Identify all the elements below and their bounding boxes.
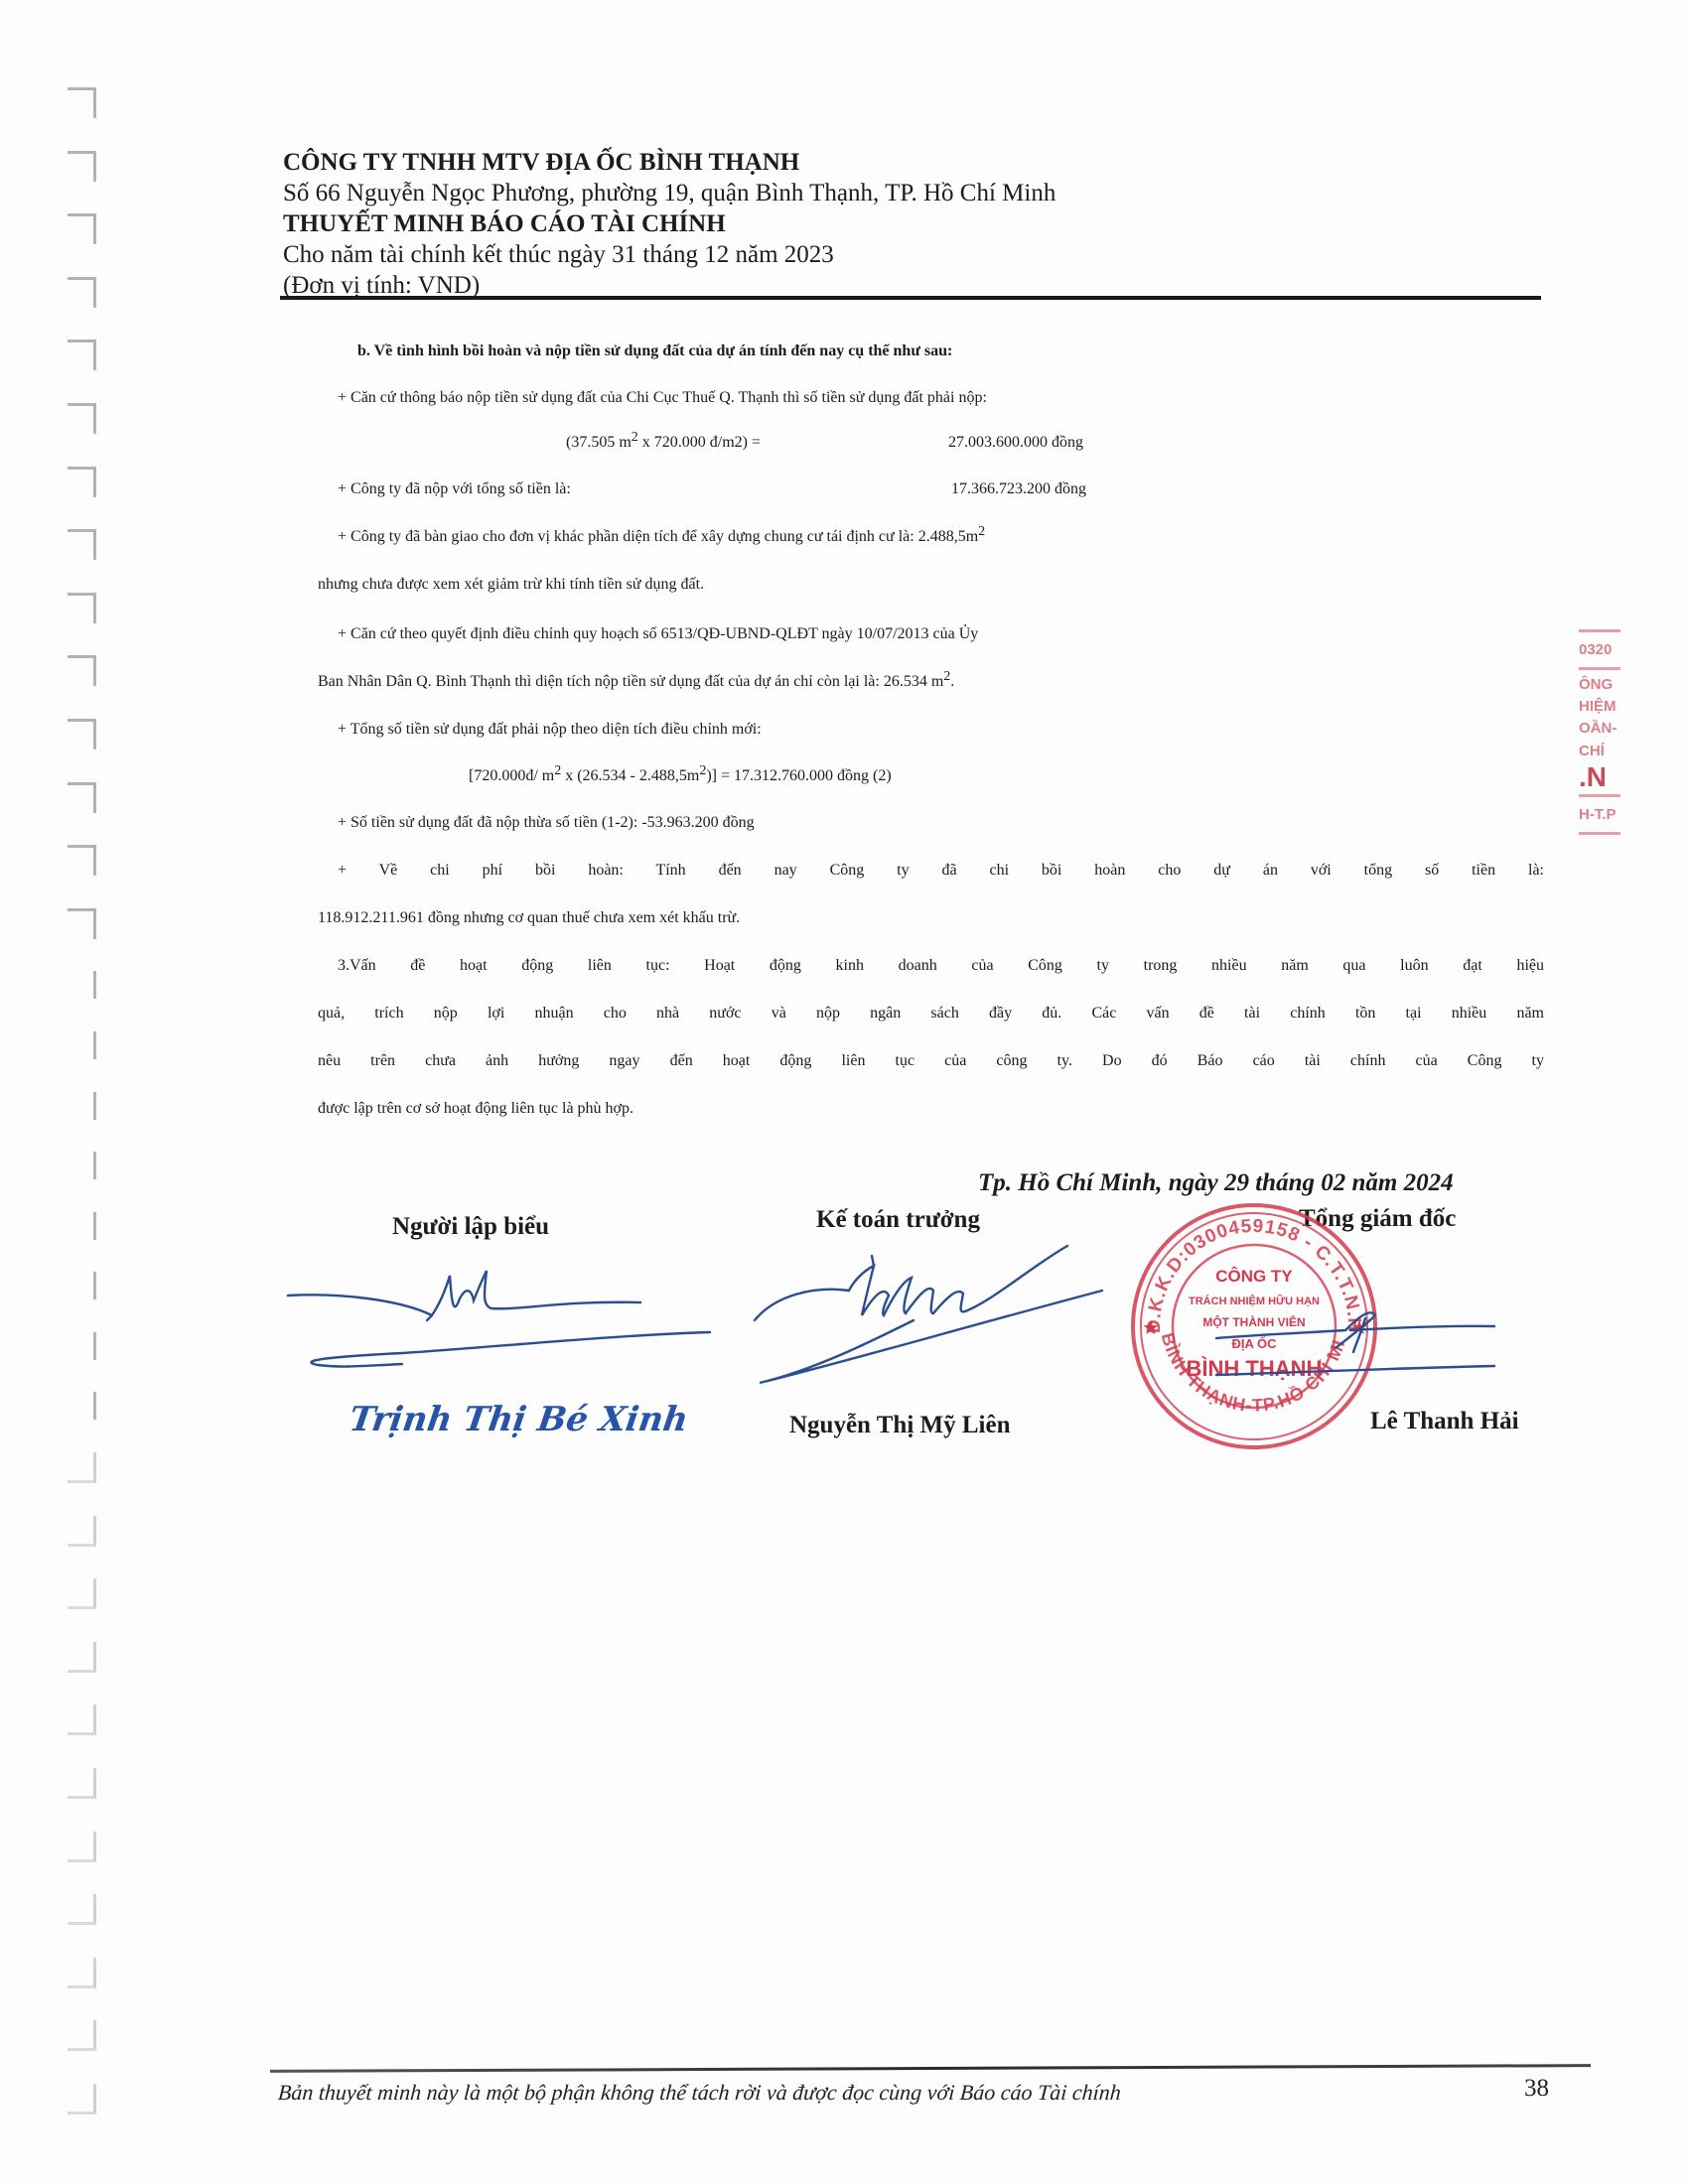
binder-hole-mark: [68, 845, 96, 876]
compensation-line-2: 118.912.211.961 đồng nhưng cơ quan thuế …: [318, 909, 740, 927]
director-name: Lê Thanh Hải: [1370, 1408, 1519, 1435]
overpaid-line: + Số tiền sử dụng đất đã nộp thừa số tiề…: [338, 814, 755, 832]
handover-line-2: nhưng chưa được xem xét giảm trừ khi tín…: [318, 576, 704, 594]
binder-hole-mark: [68, 151, 96, 182]
document-header: CÔNG TY TNHH MTV ĐỊA ỐC BÌNH THẠNH Số 66…: [283, 147, 1544, 301]
binder-hole-mark: [68, 1452, 96, 1483]
seal-fragment-text: 0320: [1579, 636, 1620, 663]
going-concern-line-3: nêu trên chưa ảnh hưởng ngay đến hoạt độ…: [318, 1052, 1544, 1070]
calc2-text: [720.000đ/ m: [469, 767, 554, 784]
binder-hole-mark: [68, 2084, 96, 2115]
binder-hole-mark: [68, 1832, 96, 1862]
binder-hole-mark: [68, 277, 96, 308]
decision-text: Ban Nhân Dân Q. Bình Thạnh thì diện tích…: [318, 673, 943, 690]
land-fee-calc-1-value: 27.003.600.000 đồng: [948, 434, 1083, 452]
binder-hole-mark: [68, 87, 96, 118]
binder-hole-mark: [68, 1894, 96, 1925]
superscript: 2: [978, 524, 985, 539]
calc1-text: (37.505 m: [566, 434, 632, 451]
header-divider: [280, 296, 1541, 300]
binder-hole-mark: [68, 1332, 96, 1360]
binder-hole-mark: [68, 1031, 96, 1059]
footer-divider: [270, 2064, 1591, 2073]
chief-accountant-signature: [735, 1226, 1112, 1400]
binder-hole-mark: [68, 1578, 96, 1609]
seal-fragment-text: CHÍ: [1579, 740, 1620, 763]
binder-margin: [68, 87, 107, 2147]
land-fee-notice-line: + Căn cứ thông báo nộp tiền sử dụng đất …: [338, 389, 987, 407]
binder-hole-mark: [68, 971, 96, 999]
binder-hole-mark: [68, 2020, 96, 2051]
preparer-name: Trịnh Thị Bé Xinh: [347, 1400, 690, 1439]
superscript: 2: [554, 763, 561, 778]
seal-fragment-text: HIỆM: [1579, 696, 1620, 718]
handover-line-1: + Công ty đã bàn giao cho đơn vị khác ph…: [338, 528, 985, 546]
director-signature: [1187, 1291, 1504, 1405]
decision-line-1: + Căn cứ theo quyết định điều chỉnh quy …: [338, 625, 978, 643]
paid-amount-label: + Công ty đã nộp với tổng số tiền là:: [338, 480, 571, 498]
binder-hole-mark: [68, 1272, 96, 1299]
binder-hole-mark: [68, 1958, 96, 1988]
compensation-line-1: + Về chi phí bồi hoàn: Tính đến nay Công…: [338, 862, 1544, 880]
document-page: CÔNG TY TNHH MTV ĐỊA ỐC BÌNH THẠNH Số 66…: [0, 0, 1688, 2184]
page-number: 38: [1524, 2075, 1549, 2103]
binder-hole-mark: [68, 1092, 96, 1120]
binder-hole-mark: [68, 1212, 96, 1240]
margin-seal-fragment: 0320 ÔNG HIỆM OẦN- CHÍ .N H-T.P: [1579, 625, 1620, 884]
binder-hole-mark: [68, 1516, 96, 1547]
chief-accountant-name: Nguyễn Thị Mỹ Liên: [789, 1412, 1011, 1439]
seal-fragment-text: H-T.P: [1579, 801, 1620, 828]
binder-hole-mark: [68, 213, 96, 244]
superscript: 2: [943, 669, 950, 684]
footer-note: Bản thuyết minh này là một bộ phận không…: [277, 2080, 1122, 2106]
binder-hole-mark: [68, 1392, 96, 1420]
superscript: 2: [632, 430, 638, 445]
binder-hole-mark: [68, 655, 96, 686]
binder-hole-mark: [68, 1768, 96, 1799]
decision-line-2: Ban Nhân Dân Q. Bình Thạnh thì diện tích…: [318, 673, 954, 691]
document-title: THUYẾT MINH BÁO CÁO TÀI CHÍNH: [283, 208, 1544, 239]
seal-fragment-text: .N: [1579, 763, 1620, 790]
svg-text:★: ★: [1142, 1315, 1160, 1339]
going-concern-line-2: quả, trích nộp lợi nhuận cho nhà nước và…: [318, 1005, 1544, 1023]
preparer-title: Người lập biểu: [392, 1213, 549, 1241]
paid-amount-value: 17.366.723.200 đồng: [951, 480, 1086, 498]
binder-hole-mark: [68, 719, 96, 750]
company-name: CÔNG TY TNHH MTV ĐỊA ỐC BÌNH THẠNH: [283, 147, 1544, 178]
calc2-text: )] = 17.312.760.000 đồng (2): [706, 767, 891, 784]
adjusted-total-label: + Tổng số tiền sử dụng đất phải nộp theo…: [338, 721, 762, 739]
binder-hole-mark: [68, 467, 96, 497]
handover-text: + Công ty đã bàn giao cho đơn vị khác ph…: [338, 528, 978, 545]
land-fee-calc-1: (37.505 m2 x 720.000 đ/m2) =: [566, 434, 761, 452]
binder-hole-mark: [68, 403, 96, 434]
binder-hole-mark: [68, 1152, 96, 1179]
calc1-text: x 720.000 đ/m2) =: [638, 434, 761, 451]
going-concern-line-1: 3.Vấn đề hoạt động liên tục: Hoạt động k…: [338, 957, 1544, 975]
going-concern-line-4: được lập trên cơ sở hoạt động liên tục l…: [318, 1100, 633, 1118]
company-address: Số 66 Nguyễn Ngọc Phương, phường 19, quậ…: [283, 178, 1544, 208]
binder-hole-mark: [68, 340, 96, 370]
binder-hole-mark: [68, 1705, 96, 1735]
svg-text:CÔNG TY: CÔNG TY: [1215, 1267, 1293, 1286]
binder-hole-mark: [68, 1642, 96, 1673]
section-b-heading: b. Về tình hình bồi hoàn và nộp tiền sử …: [357, 342, 952, 360]
decision-text: .: [950, 673, 954, 690]
binder-hole-mark: [68, 782, 96, 813]
binder-hole-mark: [68, 593, 96, 623]
binder-hole-mark: [68, 529, 96, 560]
preparer-signature: [283, 1261, 720, 1395]
binder-hole-mark: [68, 908, 96, 939]
land-fee-calc-2: [720.000đ/ m2 x (26.534 - 2.488,5m2)] = …: [469, 767, 892, 785]
superscript: 2: [699, 763, 706, 778]
calc2-text: x (26.534 - 2.488,5m: [561, 767, 699, 784]
reporting-period: Cho năm tài chính kết thúc ngày 31 tháng…: [283, 239, 1544, 270]
seal-fragment-text: OẦN-: [1579, 718, 1620, 740]
seal-fragment-text: ÔNG: [1579, 674, 1620, 696]
